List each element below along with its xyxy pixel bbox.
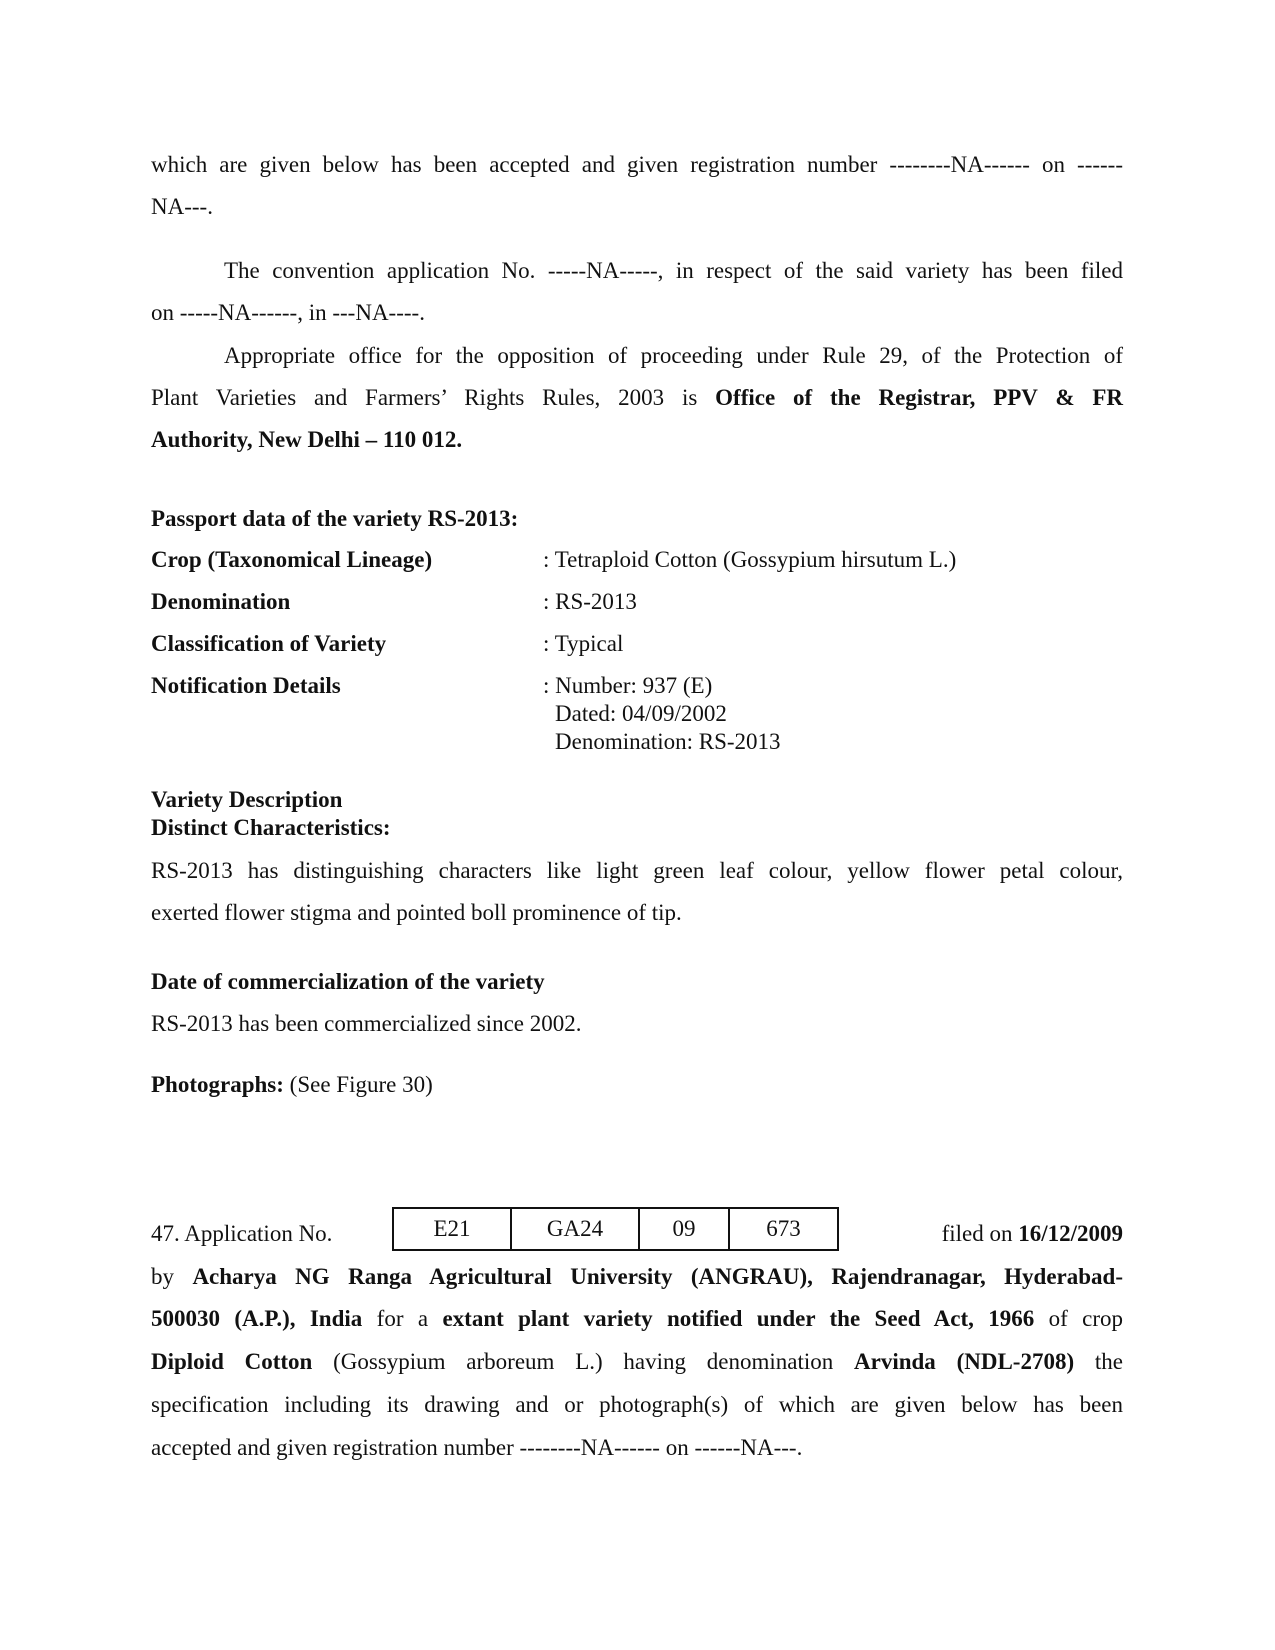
passport-label-notification: Notification Details bbox=[151, 672, 341, 700]
variety-description-heading: Variety Description bbox=[151, 786, 342, 814]
passport-value-classification: : Typical bbox=[543, 630, 623, 658]
passport-value-denomination: : RS-2013 bbox=[543, 588, 637, 616]
application-filed-on: filed on 16/12/2009 bbox=[151, 1220, 1123, 1248]
application-line3-text: (Gossypium arboreum L.) having denominat… bbox=[312, 1349, 854, 1374]
application-line3-tail: the bbox=[1074, 1349, 1123, 1374]
distinct-characteristics-heading: Distinct Characteristics: bbox=[151, 814, 391, 842]
applicant-location: 500030 (A.P.), India bbox=[151, 1306, 362, 1331]
filed-label: filed on bbox=[942, 1221, 1019, 1246]
application-line2-tail: of crop bbox=[1034, 1306, 1123, 1331]
photographs-reference: (See Figure 30) bbox=[284, 1072, 433, 1097]
passport-value-crop: : Tetraploid Cotton (Gossypium hirsutum … bbox=[543, 546, 956, 574]
description-line1: RS-2013 has distinguishing characters li… bbox=[151, 857, 1123, 885]
variety-type: extant plant variety notified under the … bbox=[442, 1306, 1034, 1331]
photographs-label: Photographs: bbox=[151, 1072, 284, 1097]
application-line2-text: for a bbox=[362, 1306, 442, 1331]
filed-date: 16/12/2009 bbox=[1018, 1221, 1123, 1246]
para1-line2: NA---. bbox=[151, 193, 1123, 221]
application-line1-text: by bbox=[151, 1264, 192, 1289]
variety-denomination: Arvinda (NDL-2708) bbox=[854, 1349, 1074, 1374]
commercialization-text: RS-2013 has been commercialized since 20… bbox=[151, 1010, 1123, 1038]
passport-heading: Passport data of the variety RS-2013: bbox=[151, 505, 518, 533]
para2-line1: The convention application No. -----NA--… bbox=[151, 257, 1123, 285]
applicant-name: Acharya NG Ranga Agricultural University… bbox=[192, 1264, 1123, 1289]
commercialization-heading: Date of commercialization of the variety bbox=[151, 968, 545, 996]
registrar-office: Office of the Registrar, PPV & FR bbox=[715, 385, 1123, 410]
para3-line3: Authority, New Delhi – 110 012. bbox=[151, 426, 1123, 454]
document-page: which are given below has been accepted … bbox=[0, 0, 1275, 1650]
para1-line1: which are given below has been accepted … bbox=[151, 151, 1123, 179]
description-line2: exerted flower stigma and pointed boll p… bbox=[151, 899, 1123, 927]
passport-label-crop: Crop (Taxonomical Lineage) bbox=[151, 546, 432, 574]
para3-line2: Plant Varieties and Farmers’ Rights Rule… bbox=[151, 384, 1123, 412]
passport-value-notification-date: Dated: 04/09/2002 bbox=[555, 700, 727, 728]
photographs-line: Photographs: (See Figure 30) bbox=[151, 1071, 1123, 1099]
application-line5: accepted and given registration number -… bbox=[151, 1434, 1123, 1462]
passport-value-notification-number: : Number: 937 (E) bbox=[543, 672, 712, 700]
para3-line1: Appropriate office for the opposition of… bbox=[151, 342, 1123, 370]
para3-line2-text: Plant Varieties and Farmers’ Rights Rule… bbox=[151, 385, 715, 410]
para2-line2: on -----NA------, in ---NA----. bbox=[151, 299, 1123, 327]
registrar-authority: Authority, New Delhi – 110 012. bbox=[151, 427, 462, 452]
application-line2: 500030 (A.P.), India for a extant plant … bbox=[151, 1305, 1123, 1333]
passport-label-classification: Classification of Variety bbox=[151, 630, 386, 658]
application-line3: Diploid Cotton (Gossypium arboreum L.) h… bbox=[151, 1348, 1123, 1376]
passport-label-denomination: Denomination bbox=[151, 588, 290, 616]
crop-name: Diploid Cotton bbox=[151, 1349, 312, 1374]
application-line1: by Acharya NG Ranga Agricultural Univers… bbox=[151, 1263, 1123, 1291]
application-line4: specification including its drawing and … bbox=[151, 1391, 1123, 1419]
passport-value-notification-denomination: Denomination: RS-2013 bbox=[555, 728, 781, 756]
